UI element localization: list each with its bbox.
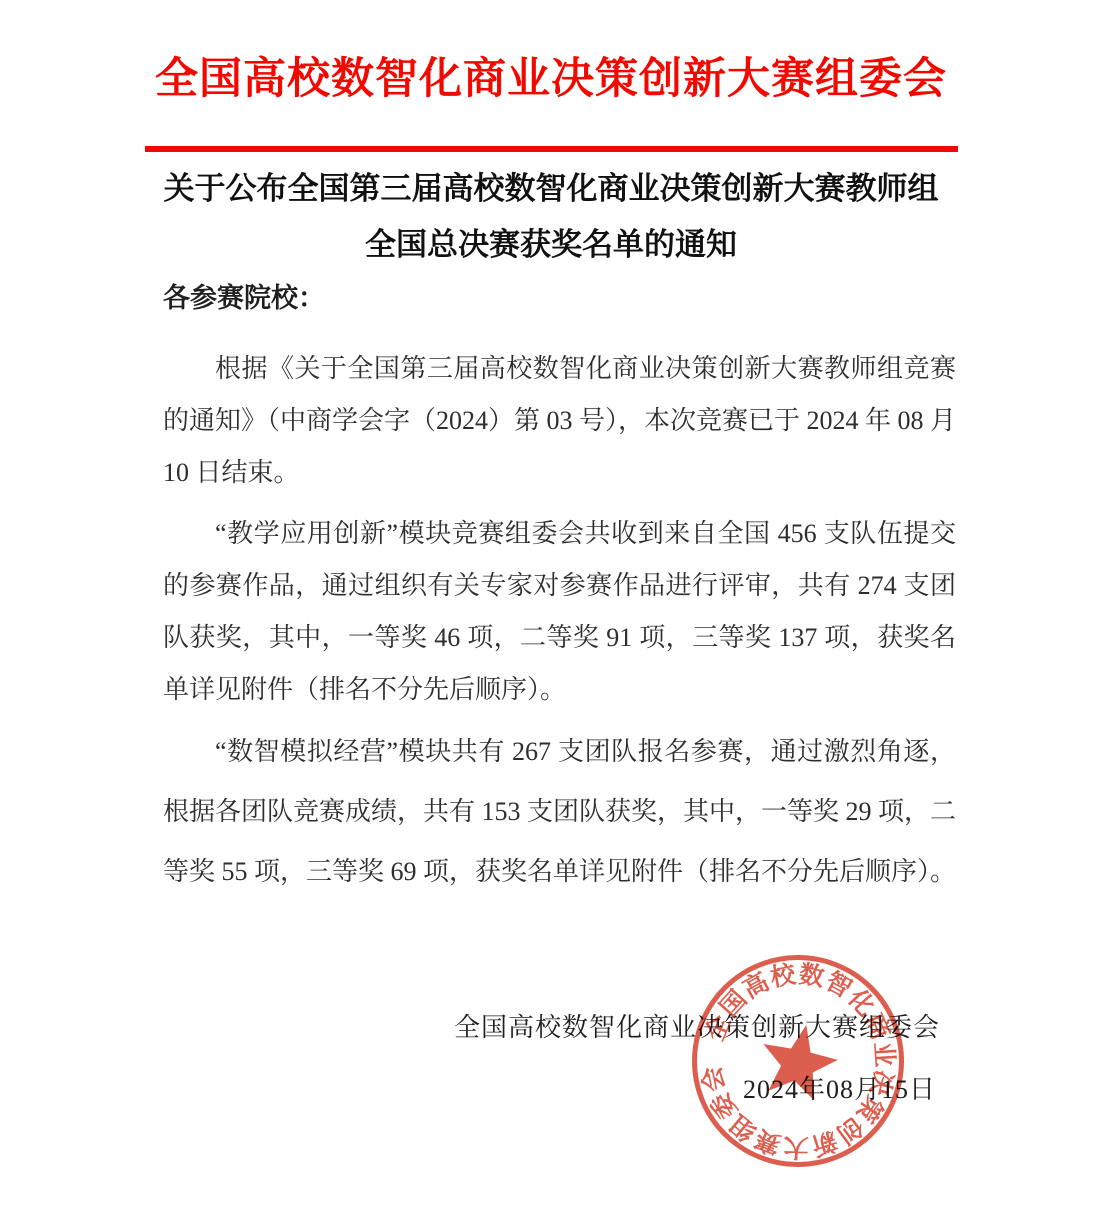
official-seal-stamp: 全国高校数智化商业决策创新大赛组委会 (688, 951, 908, 1171)
paragraph-teaching-innovation-module: “教学应用创新”模块竞赛组委会共收到来自全国 456 支队伍提交的参赛作品，通过… (163, 508, 956, 716)
paragraph-simulation-module: “数智模拟经营”模块共有 267 支团队报名参赛，通过激烈角逐，根据各团队竞赛成… (163, 722, 956, 902)
salutation: 各参赛院校： (163, 278, 956, 318)
notice-title-line2: 全国总决赛获奖名单的通知 (0, 217, 1102, 273)
organization-title: 全国高校数智化商业决策创新大赛组委会 (10, 57, 1092, 102)
notice-title-line1: 关于公布全国第三届高校数智化商业决策创新大赛教师组 (0, 161, 1102, 217)
notice-document-page: 全国高校数智化商业决策创新大赛组委会 关于公布全国第三届高校数智化商业决策创新大… (0, 0, 1102, 1216)
signature-block: 全国高校数智化商业决策创新大赛组委会 2024年08月15日 (0, 1008, 1102, 1110)
red-divider-line (145, 146, 958, 152)
notice-title: 关于公布全国第三届高校数智化商业决策创新大赛教师组 全国总决赛获奖名单的通知 (0, 161, 1102, 273)
red-star-icon (754, 1017, 843, 1104)
paragraph-basis: 根据《关于全国第三届高校数智化商业决策创新大赛教师组竞赛的通知》（中商学会字（2… (163, 343, 956, 499)
